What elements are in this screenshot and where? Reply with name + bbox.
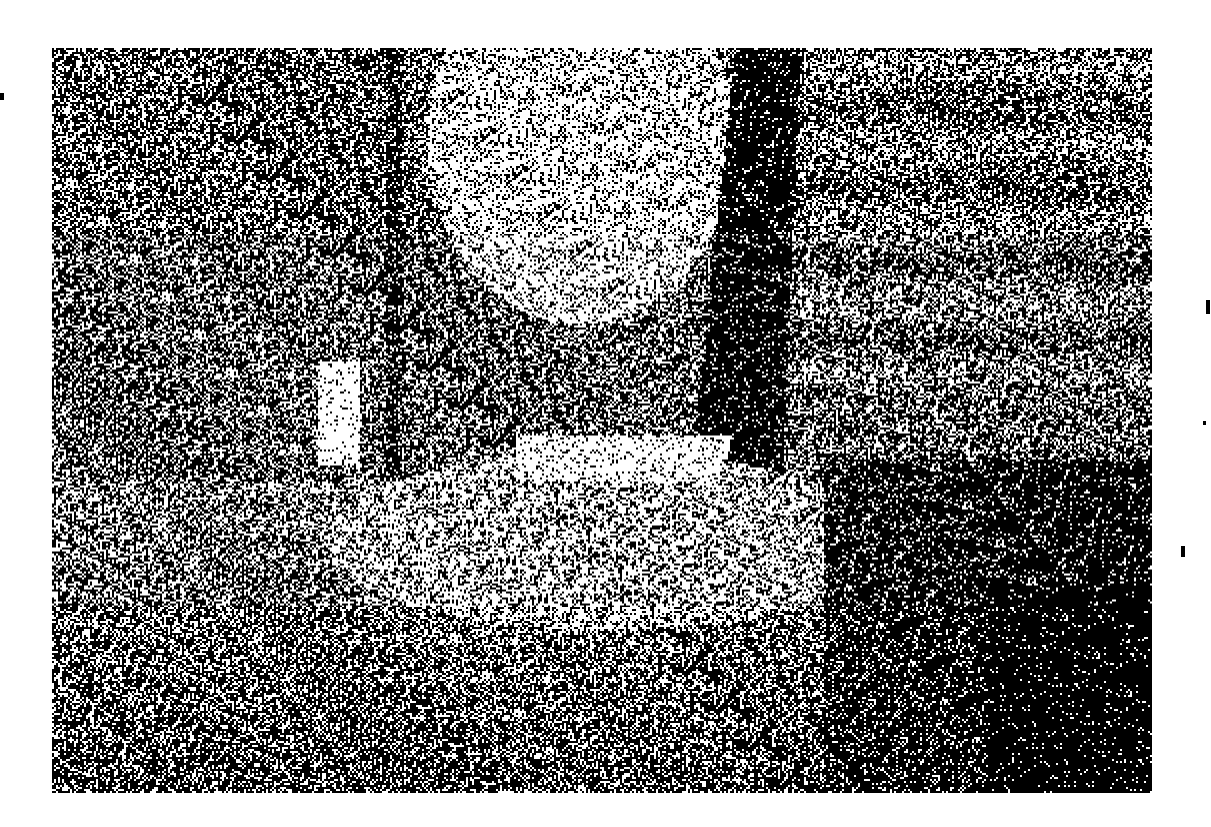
scan-speck [1206,300,1210,314]
dithered-park-photo [52,48,1152,793]
scan-speck [0,93,4,100]
scan-speck [1181,546,1185,557]
photograph [52,48,1152,793]
scan-speck [1203,421,1206,425]
